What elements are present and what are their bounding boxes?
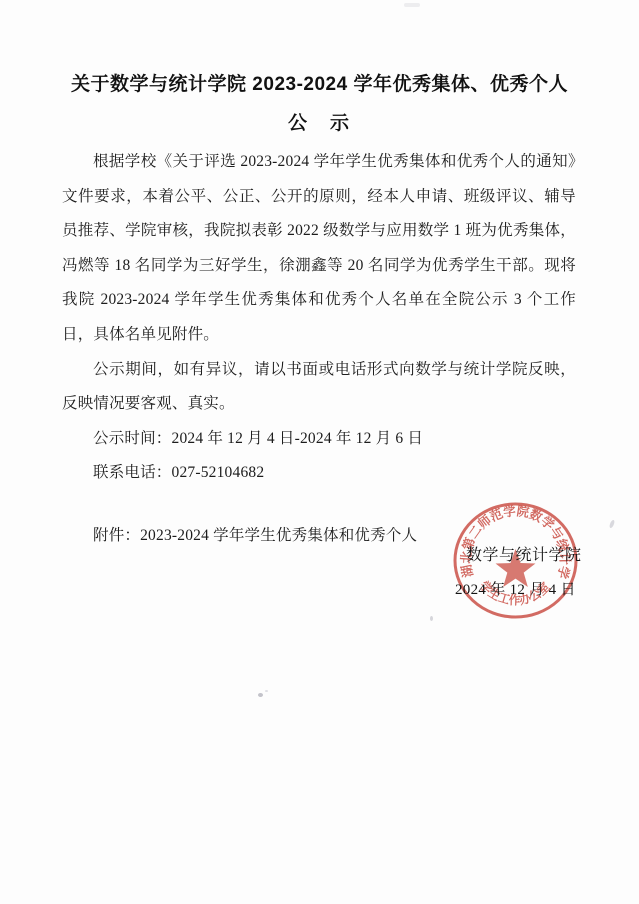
signature-unit: 数学与统计学院 — [466, 542, 582, 565]
scan-artifact — [609, 520, 616, 528]
document-subtitle: 公 示 — [0, 112, 639, 136]
document-page: 关于数学与统计学院 2023-2024 学年优秀集体、优秀个人 公 示 根据学校… — [0, 0, 639, 904]
paragraph-objection: 公示期间，如有异议，请以书面或电话形式向数学与统计学院反映，反映情况要客观、真实… — [62, 353, 576, 422]
paragraph-basis: 根据学校《关于评选 2023-2024 学年学生优秀集体和优秀个人的通知》文件要… — [62, 145, 576, 353]
scan-artifact — [258, 693, 263, 697]
notice-time-line: 公示时间：2024 年 12 月 4 日-2024 年 12 月 6 日 — [62, 422, 576, 457]
scan-artifact — [404, 3, 420, 7]
scan-artifact — [430, 616, 433, 621]
document-title: 关于数学与统计学院 2023-2024 学年优秀集体、优秀个人 — [40, 72, 599, 98]
signature-date: 2024 年 12 月 4 日 — [455, 578, 576, 599]
contact-phone-line: 联系电话：027-52104682 — [62, 456, 576, 491]
